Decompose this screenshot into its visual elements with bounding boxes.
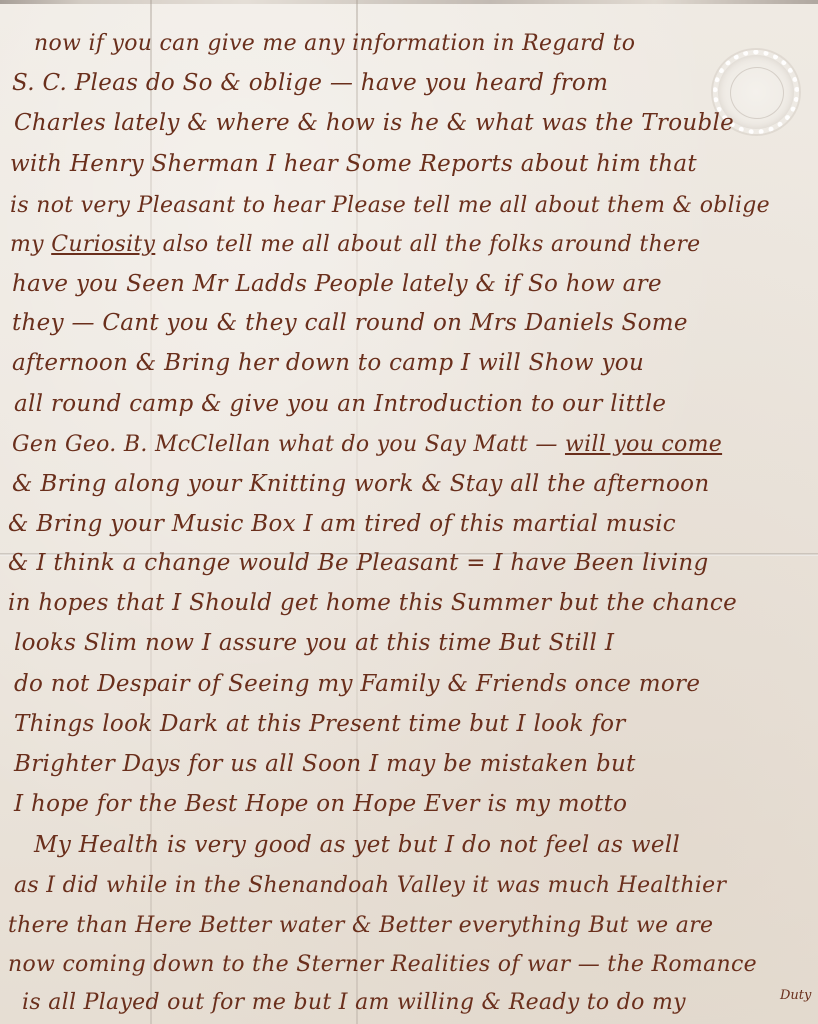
handwritten-line: all round camp & give you an Introductio… [14, 393, 666, 416]
underlined-word: Curiosity [51, 232, 155, 257]
handwritten-line: now if you can give me any information i… [34, 33, 635, 55]
handwritten-line: now coming down to the Sterner Realities… [8, 954, 757, 976]
handwritten-line: Charles lately & where & how is he & wha… [14, 112, 734, 135]
handwritten-line: do not Despair of Seeing my Family & Fri… [14, 673, 700, 696]
handwritten-line: I hope for the Best Hope on Hope Ever is… [14, 793, 627, 816]
handwritten-line: afternoon & Bring her down to camp I wil… [12, 352, 644, 375]
superscript-word: Duty [780, 988, 811, 1003]
handwritten-line: as I did while in the Shenandoah Valley … [14, 875, 726, 897]
underlined-word: will you come [565, 432, 722, 457]
handwritten-line: Gen Geo. B. McClellan what do you Say Ma… [12, 434, 722, 456]
handwritten-line: in hopes that I Should get home this Sum… [8, 592, 737, 615]
handwritten-line: & Bring along your Knitting work & Stay … [12, 473, 709, 496]
handwritten-line: & Bring your Music Box I am tired of thi… [8, 513, 676, 536]
handwritten-line: My Health is very good as yet but I do n… [34, 834, 680, 857]
handwritten-line: S. C. Pleas do So & oblige — have you he… [12, 72, 608, 95]
handwritten-line: looks Slim now I assure you at this time… [14, 632, 614, 655]
handwritten-line: have you Seen Mr Ladds People lately & i… [12, 273, 662, 296]
letter-body: now if you can give me any information i… [0, 0, 818, 1024]
handwritten-line: with Henry Sherman I hear Some Reports a… [10, 153, 697, 176]
handwritten-line: Things look Dark at this Present time bu… [14, 713, 626, 736]
handwritten-line: is all Played out for me but I am willin… [22, 992, 686, 1014]
handwritten-line: is not very Pleasant to hear Please tell… [10, 195, 770, 217]
letter-page: now if you can give me any information i… [0, 0, 818, 1024]
handwritten-line: Brighter Days for us all Soon I may be m… [14, 753, 636, 776]
handwritten-line: they — Cant you & they call round on Mrs… [12, 312, 688, 335]
handwritten-line: my Curiosity also tell me all about all … [10, 234, 701, 256]
handwritten-line: & I think a change would Be Pleasant = I… [8, 552, 709, 575]
handwritten-line: there than Here Better water & Better ev… [8, 915, 713, 937]
